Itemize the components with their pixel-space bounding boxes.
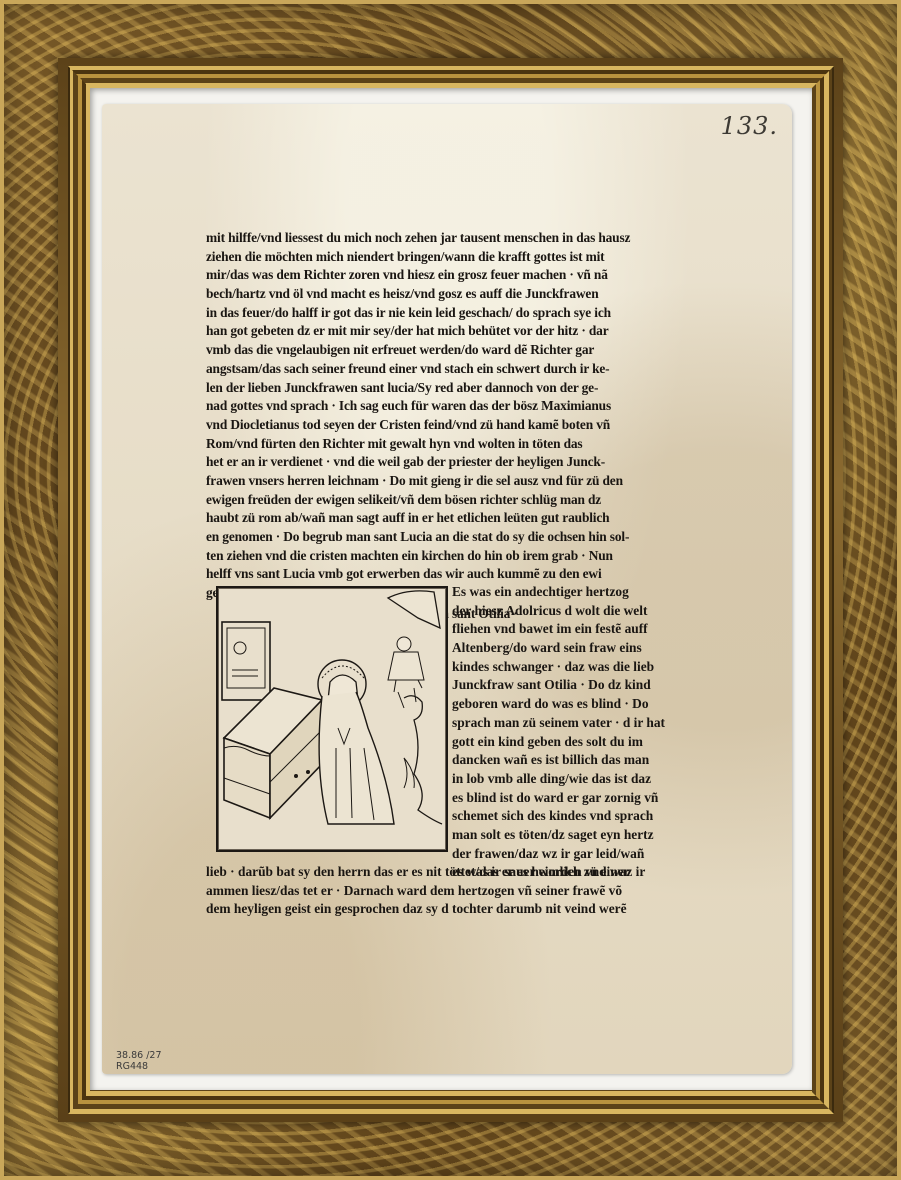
accession-line-1: 38.86 /27 [116,1050,162,1061]
text-line: han got gebeten dz er mit mir sey/der ha… [206,322,686,341]
text-line: dem heyligen geist ein gesprochen daz sy… [206,900,686,919]
accession-mark: 38.86 /27 RG448 [116,1050,162,1072]
text-line: Rom/vnd fürten den Richter mit gewalt hy… [206,435,686,454]
text-line: fliehen vnd bawet im ein festẽ auff [452,620,692,639]
incunabula-leaf: 133. mit hilffe/vnd liessest du mich noc… [102,104,792,1074]
text-line: Junckfraw sant Otilia · Do dz kind [452,676,692,695]
text-line: es blind ist do ward er gar zornig vñ [452,789,692,808]
text-line: en genomen · Do begrub man sant Lucia an… [206,528,686,547]
text-line: frawen vnsers herren leichnam · Do mit g… [206,472,686,491]
text-line: ziehen die möchten mich niendert bringen… [206,248,686,267]
text-line: het er an ir verdienet · vnd die weil ga… [206,453,686,472]
folio-number: 133. [721,112,778,140]
text-line: Altenberg/do ward sein fraw eins [452,639,692,658]
text-line: kindes schwanger · daz was die lieb [452,658,692,677]
text-line: ten ziehen vnd die cristen machten ein k… [206,547,686,566]
text-line: der frawen/daz wz ir gar leid/wañ [452,845,692,864]
text-line: lieb · darũb bat sy den herrn das er es … [206,863,686,882]
bottom-text-block: lieb · darũb bat sy den herrn das er es … [206,863,686,919]
text-line: mir/das was dem Richter zoren vnd hiesz … [206,266,686,285]
text-line: dancken wañ es ist billich das man [452,751,692,770]
text-line: ewigen freüden der ewigen selikeit/vñ de… [206,491,686,510]
text-line: angstsam/das sach seiner freund einer vn… [206,360,686,379]
text-line: schemet sich des kindes vnd sprach [452,807,692,826]
text-line: helff vns sant Lucia vmb got erwerben da… [206,565,686,584]
text-line: man solt es töten/dz saget eyn hertz [452,826,692,845]
text-line: gott ein kind geben des solt du im [452,733,692,752]
text-line: mit hilffe/vnd liessest du mich noch zeh… [206,229,686,248]
text-line: sprach man zü seinem vater · d ir hat [452,714,692,733]
text-line: len der lieben Junckfrawen sant lucia/Sy… [206,379,686,398]
text-line: ammen liesz/das tet er · Darnach ward de… [206,882,686,901]
text-line: nad gottes vnd sprach · Ich sag euch für… [206,397,686,416]
text-line: in das feuer/do halff ir got das ir nie … [206,304,686,323]
text-line: der hiesz Adolricus d wolt die welt [452,602,692,621]
right-column-text: Es was ein andechtiger hertzogder hiesz … [452,583,692,882]
text-line: in lob vmb alle ding/wie das ist daz [452,770,692,789]
woodcut-illustration [216,586,448,852]
woodcut-image [218,588,446,850]
text-line: Es was ein andechtiger hertzog [452,583,692,602]
text-line: geboren ward do was es blind · Do [452,695,692,714]
text-line: vnd Diocletianus tod seyen der Cristen f… [206,416,686,435]
text-line: bech/hartz vnd öl vnd macht es heisz/vnd… [206,285,686,304]
accession-line-2: RG448 [116,1061,162,1072]
main-text-block: mit hilffe/vnd liessest du mich noch zeh… [206,229,686,621]
text-line: haubt zü rom ab/wañ man sagt auff in er … [206,509,686,528]
text-line: vmb das die vngelaubigen nit erfreuet we… [206,341,686,360]
